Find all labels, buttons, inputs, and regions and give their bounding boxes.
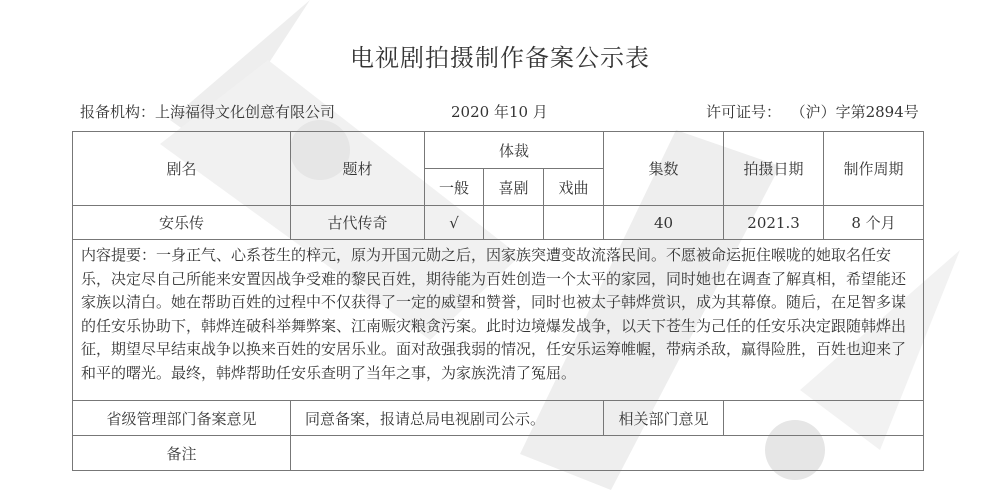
organization-info: 报备机构：上海福得文化创意有限公司 [80,101,335,122]
cell-genre-comedy [484,206,544,240]
cell-genre-general-check: √ [425,206,484,240]
license-info: 许可证号： （沪）字第2894号 [706,101,919,122]
remarks-label: 备注 [73,436,291,471]
header-genre: 体裁 [425,132,604,169]
header-shoot-date: 拍摄日期 [724,132,824,206]
header-row: 剧名 题材 体裁 集数 拍摄日期 制作周期 [73,132,924,169]
remarks-row: 备注 [73,436,924,471]
header-episodes: 集数 [604,132,724,206]
cell-subject: 古代传奇 [291,206,425,240]
filing-date: 2020 年10 月 [451,101,548,122]
header-genre-opera: 戏曲 [544,169,604,206]
document-title: 电视剧拍摄制作备案公示表 [0,38,1000,73]
header-genre-general: 一般 [425,169,484,206]
remarks-value [291,436,924,471]
filing-table: 剧名 题材 体裁 集数 拍摄日期 制作周期 一般 喜剧 戏曲 安乐传 古代传奇 … [72,131,924,471]
cell-production-period: 8 个月 [824,206,924,240]
related-opinion-label: 相关部门意见 [604,401,724,436]
provincial-opinion-label: 省级管理部门备案意见 [73,401,291,436]
license-label: 许可证号： [706,103,781,121]
header-title: 剧名 [73,132,291,206]
cell-shoot-date: 2021.3 [724,206,824,240]
header-subject: 题材 [291,132,425,206]
provincial-opinion-value: 同意备案，报请总局电视剧司公示。 [291,401,604,436]
cell-episodes: 40 [604,206,724,240]
related-opinion-value [724,401,924,436]
header-genre-comedy: 喜剧 [484,169,544,206]
synopsis-text: 内容提要：一身正气、心系苍生的梓元，原为开国元勋之后，因家族突遭变故流落民间。不… [73,240,924,401]
organization-value: 上海福得文化创意有限公司 [155,103,335,121]
license-value: （沪）字第2894号 [791,103,919,121]
table-row: 安乐传 古代传奇 √ 40 2021.3 8 个月 [73,206,924,240]
header-production-period: 制作周期 [824,132,924,206]
opinion-row: 省级管理部门备案意见 同意备案，报请总局电视剧司公示。 相关部门意见 [73,401,924,436]
organization-label: 报备机构： [80,103,155,121]
cell-genre-opera [544,206,604,240]
cell-title: 安乐传 [73,206,291,240]
synopsis-row: 内容提要：一身正气、心系苍生的梓元，原为开国元勋之后，因家族突遭变故流落民间。不… [73,240,924,401]
